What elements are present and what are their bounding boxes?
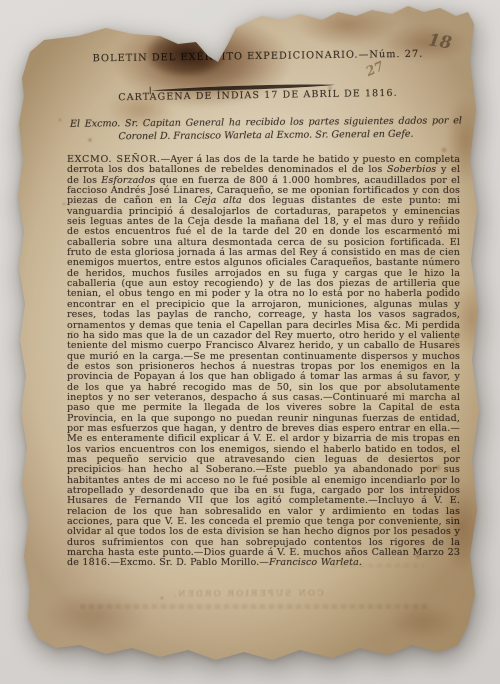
show-through-streak: [80, 604, 428, 609]
body-text: EXCMO. SEÑOR.—Ayer á las dos de la tarde…: [67, 155, 460, 569]
show-through-imprint: CON SUPERIOR ORDEN.: [115, 588, 380, 599]
show-through-streak-small: [332, 563, 424, 568]
intro-paragraph: El Excmo. Sr. Capitan General ha recibid…: [70, 115, 462, 144]
handwritten-number-27: 27: [364, 59, 387, 80]
dateline: CARTAGENA DE ÍNDIAS 17 DE ABRIL DE 1816.: [62, 87, 454, 104]
masthead-title: BOLETIN DEL EXÉRCITO EXPEDICIONARIO.—Núm…: [62, 48, 454, 64]
photo-background: BOLETIN DEL EXÉRCITO EXPEDICIONARIO.—Núm…: [0, 0, 500, 684]
large-brown-stain: [96, 12, 301, 130]
document-paper: BOLETIN DEL EXÉRCITO EXPEDICIONARIO.—Núm…: [0, 0, 500, 684]
bottom-left-stain: [36, 576, 181, 648]
handwritten-number-18: 18: [427, 30, 454, 53]
